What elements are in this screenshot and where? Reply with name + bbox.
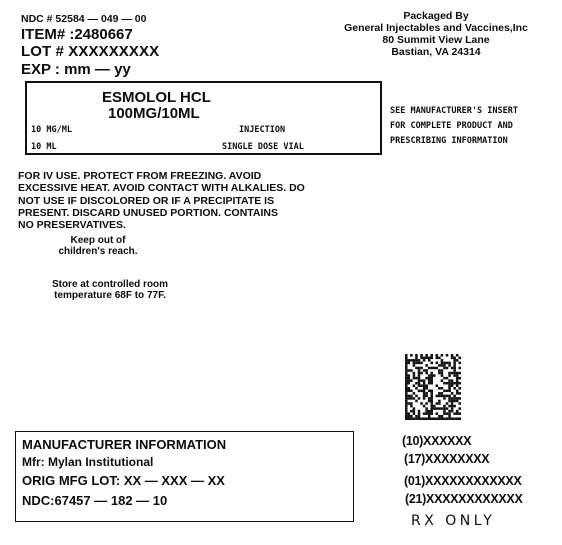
lot-number: LOT # XXXXXXXXX [21,43,159,60]
manufacturer-ndc: NDC:67457 — 182 — 10 [22,493,167,508]
udi-lot: (10)XXXXXX [402,434,471,448]
datamatrix-icon [405,354,461,420]
product-box: ESMOLOL HCL 100MG/10ML 10 MG/ML INJECTIO… [25,81,382,155]
drug-strength: 100MG/10ML [108,105,200,122]
manufacturer-title: MANUFACTURER INFORMATION [22,437,226,452]
warning-line: PRESENT. DISCARD UNUSED PORTION. CONTAIN… [18,207,305,219]
packager-label: Packaged By [318,10,554,22]
keep-out-line: Keep out of [48,235,148,246]
packager-city: Bastian, VA 24314 [318,46,554,58]
warning-line: NOT USE IF DISCOLORED OR IF A PRECIPITAT… [18,195,305,207]
warning-line: NO PRESERVATIVES. [18,219,305,231]
rx-only: RX ONLY [411,513,495,529]
storage-line: temperature 68F to 77F. [40,291,180,302]
manufacturer-lot: ORIG MFG LOT: XX — XXX — XX [22,473,225,488]
warning-line: FOR IV USE. PROTECT FROM FREEZING. AVOID [18,170,305,182]
storage-line: Store at controlled room [40,280,180,291]
packager-street: 80 Summit View Lane [318,34,554,46]
insert-line: FOR COMPLETE PRODUCT AND [390,119,518,134]
warnings: FOR IV USE. PROTECT FROM FREEZING. AVOID… [18,170,305,231]
keep-out-notice: Keep out of children's reach. [48,235,148,257]
insert-note: SEE MANUFACTURER'S INSERT FOR COMPLETE P… [390,104,518,149]
manufacturer-name: Mfr: Mylan Institutional [22,455,153,469]
udi-gtin: (01)XXXXXXXXXXXX [404,474,521,488]
udi-expiry: (17)XXXXXXXX [404,452,489,466]
udi-serial: (21)XXXXXXXXXXXX [405,492,522,506]
volume: 10 ML [31,142,57,152]
item-number: ITEM# :2480667 [21,26,133,43]
storage-notice: Store at controlled room temperature 68F… [40,280,180,301]
insert-line: SEE MANUFACTURER'S INSERT [390,104,518,119]
ndc-number: NDC # 52584 — 049 — 00 [21,13,147,25]
container-type: SINGLE DOSE VIAL [222,142,304,152]
drug-name: ESMOLOL HCL [102,89,211,106]
route: INJECTION [239,125,285,135]
expiration-date: EXP : mm — yy [21,61,131,78]
concentration: 10 MG/ML [31,125,72,135]
manufacturer-box: MANUFACTURER INFORMATION Mfr: Mylan Inst… [15,431,354,522]
insert-line: PRESCRIBING INFORMATION [390,134,518,149]
packager-name: General Injectables and Vaccines,Inc [318,22,554,34]
warning-line: EXCESSIVE HEAT. AVOID CONTACT WITH ALKAL… [18,182,305,194]
keep-out-line: children's reach. [48,246,148,257]
packager-info: Packaged By General Injectables and Vacc… [318,10,554,58]
